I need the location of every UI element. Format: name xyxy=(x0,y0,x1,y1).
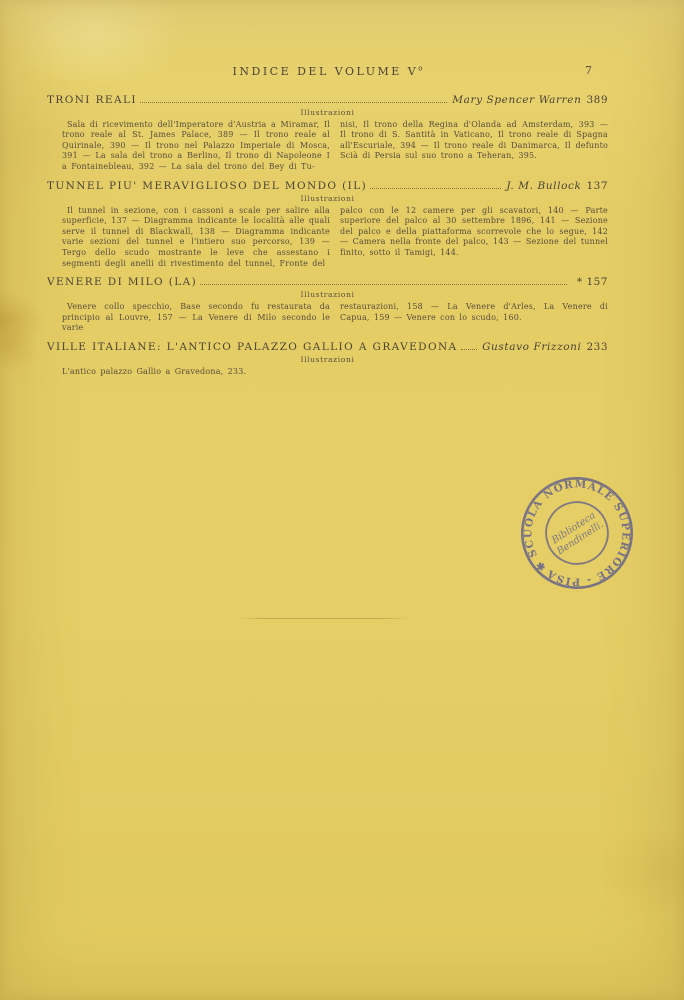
library-stamp: ✱ SCUOLA NORMALE SUPERIORE - PISA - Bibl… xyxy=(512,468,642,598)
entry-page-ref: 233 xyxy=(586,341,608,353)
entry-page-ref: * 157 xyxy=(577,276,608,288)
illustrations-label: Illustrazioni xyxy=(47,355,608,364)
index-entry-venere-di-milo: VENERE DI MILO (LA) * 157 Illustrazioni … xyxy=(47,276,608,334)
column-left: Venere collo specchio, Base secondo fu r… xyxy=(62,302,330,334)
column-right: palco con le 12 camere per gli scavatori… xyxy=(340,206,608,270)
entry-title: TUNNEL PIU' MERAVIGLIOSO DEL MONDO (IL) xyxy=(47,180,367,192)
illustrations-columns: Sala di ricevimento dell'Imperatore d'Au… xyxy=(62,120,608,173)
column-right: nisi, Il trono della Regina d'Olanda ad … xyxy=(340,120,608,173)
illustrations-label: Illustrazioni xyxy=(47,194,608,203)
index-entry-ville-italiane: VILLE ITALIANE: L'ANTICO PALAZZO GALLIO … xyxy=(47,341,608,376)
illustrations-columns: Venere collo specchio, Base secondo fu r… xyxy=(62,302,608,334)
index-entry-troni-reali: TRONI REALI Mary Spencer Warren 389 Illu… xyxy=(47,94,608,173)
entry-author: Gustavo Frizzoni xyxy=(482,341,581,353)
entry-author: J. M. Bullock xyxy=(506,180,581,192)
ordinal-superscript: o xyxy=(418,64,422,72)
dotted-leader xyxy=(370,188,501,189)
illustrations-single-line: L'antico palazzo Gallio a Gravedona, 233… xyxy=(62,367,608,376)
entry-author: Mary Spencer Warren xyxy=(452,94,581,106)
dotted-leader xyxy=(461,349,478,350)
column-left: Il tunnel in sezione, con i cassoni a sc… xyxy=(62,206,330,270)
entry-title: VENERE DI MILO (LA) xyxy=(47,276,197,288)
page-number: 7 xyxy=(585,64,592,77)
illustrations-label: Illustrazioni xyxy=(47,290,608,299)
entry-page-ref: 389 xyxy=(586,94,608,106)
illustrations-label: Illustrazioni xyxy=(47,108,608,117)
index-entry-tunnel: TUNNEL PIU' MERAVIGLIOSO DEL MONDO (IL) … xyxy=(47,180,608,270)
dotted-leader xyxy=(140,102,447,103)
volume-index-header: INDICE DEL VOLUME Vo 7 xyxy=(47,64,608,78)
entry-heading-row: VILLE ITALIANE: L'ANTICO PALAZZO GALLIO … xyxy=(47,341,608,353)
entry-page-ref: 137 xyxy=(586,180,608,192)
scanned-book-page: { "page": { "header": { "title": "INDICE… xyxy=(0,0,684,1000)
page-content: INDICE DEL VOLUME Vo 7 TRONI REALI Mary … xyxy=(47,64,608,383)
entry-title: VILLE ITALIANE: L'ANTICO PALAZZO GALLIO … xyxy=(47,341,458,353)
illustrations-columns: Il tunnel in sezione, con i cassoni a sc… xyxy=(62,206,608,270)
dotted-leader xyxy=(200,284,567,285)
index-title: INDICE DEL VOLUME Vo xyxy=(233,65,423,78)
entry-heading-row: VENERE DI MILO (LA) * 157 xyxy=(47,276,608,288)
paper-crease-line xyxy=(240,618,406,619)
entry-heading-row: TUNNEL PIU' MERAVIGLIOSO DEL MONDO (IL) … xyxy=(47,180,608,192)
column-right: restaurazioni, 158 — La Venere d'Arles, … xyxy=(340,302,608,334)
entry-heading-row: TRONI REALI Mary Spencer Warren 389 xyxy=(47,94,608,106)
entry-title: TRONI REALI xyxy=(47,94,137,106)
column-left: Sala di ricevimento dell'Imperatore d'Au… xyxy=(62,120,330,173)
